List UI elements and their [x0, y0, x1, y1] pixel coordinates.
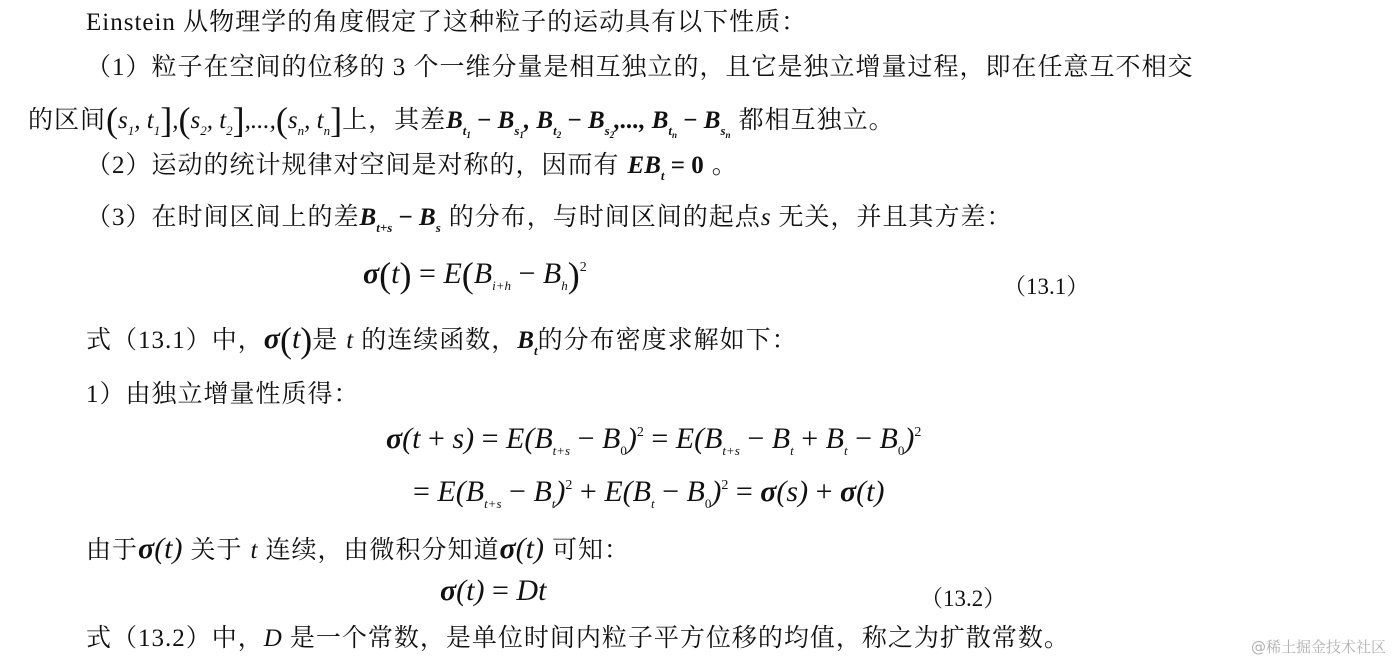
property-2-line: （2）运动的统计规律对空间是对称的，因而有EBt = 0。	[86, 153, 738, 182]
equation-13-1: σ(t) = E(Bi+h − Bh)2	[363, 257, 587, 293]
remark-1-bt: Bt	[517, 327, 537, 354]
property-1-prefix: 的区间	[28, 107, 106, 134]
continuity-line: 由于σ(t)关于t连续，由微积分知道σ(t)可知：	[86, 534, 630, 564]
remark-1-var: t	[346, 327, 353, 354]
continuity-sigma-2: σ(t)	[500, 532, 545, 565]
equation-13-2: σ(t) = Dt	[440, 576, 546, 606]
property-1-line-2: 的区间(s1, t1],(s2, t2],...,(sn, tn]上，其差Bt1…	[28, 102, 895, 140]
derivation-line-2: = E(Bt+s − Bt)2 + E(Bt − B0)2 = σ(s) + σ…	[413, 477, 885, 510]
continuity-mid2: 连续，由微积分知道	[265, 537, 499, 564]
intervals-math: (s1, t1],(s2, t2],...,(sn, tn]	[106, 107, 342, 134]
property-3-var: s	[761, 204, 771, 231]
property-3-mid: 的分布，与时间区间的起点	[449, 204, 761, 231]
remark-1-line: 式（13.1）中，σ(t)是t的连续函数，Bt的分布密度求解如下：	[86, 322, 798, 358]
continuity-var: t	[251, 537, 258, 564]
continuity-mid1: 关于	[191, 537, 243, 564]
remark-1-suffix: 的分布密度求解如下：	[538, 327, 798, 354]
equation-13-1-formula: σ(t) = E(Bi+h − Bh)2	[363, 257, 587, 290]
property-1-suffix: 都相互独立。	[739, 107, 895, 134]
property-3-suffix: 无关，并且其方差：	[779, 204, 1013, 231]
property-1-line-1: （1）粒子在空间的位移的 3 个一维分量是相互独立的，且它是独立增量过程，即在任…	[86, 55, 1194, 80]
property-3-prefix: （3）在时间区间上的差	[86, 204, 360, 231]
intro-text-content: Einstein 从物理学的角度假定了这种粒子的运动具有以下性质：	[86, 9, 807, 36]
derivation-line-1: σ(t + s) = E(Bt+s − B0)2 = E(Bt+s − Bt +…	[386, 424, 921, 457]
derivation-line-2-formula: = E(Bt+s − Bt)2 + E(Bt − B0)2 = σ(s) + σ…	[413, 475, 885, 508]
equation-13-1-number: （13.1）	[1003, 268, 1089, 301]
remark-1-mid2: 的连续函数，	[361, 327, 517, 354]
step-1-line: 1）由独立增量性质得：	[86, 382, 360, 407]
continuity-prefix: 由于	[86, 537, 138, 564]
property-1-mid: 上，其差	[342, 107, 446, 134]
step-1-text: 1）由独立增量性质得：	[86, 381, 360, 408]
equation-13-2-formula: σ(t) = Dt	[440, 574, 546, 607]
property-3-math: Bt+s − Bs	[360, 204, 441, 231]
remark-1-sigma: σ(t)	[264, 322, 313, 355]
remark-2-line: 式（13.2）中，D是一个常数，是单位时间内粒子平方位移的均值，称之为扩散常数。	[86, 626, 1070, 651]
watermark: @稀土掘金技术社区	[1251, 636, 1386, 657]
remark-2-prefix: 式（13.2）中，	[86, 625, 264, 652]
remark-2-var: D	[264, 625, 282, 652]
remark-1-mid1: 是	[312, 327, 338, 354]
property-2-prefix: （2）运动的统计规律对空间是对称的，因而有	[86, 152, 620, 179]
remark-1-prefix: 式（13.1）中，	[86, 327, 264, 354]
property-2-math: EBt = 0	[628, 152, 704, 179]
differences-math: Bt1 − Bs1, Bt2 − Bs2,..., Btn − Bsn	[446, 107, 730, 134]
continuity-sigma-1: σ(t)	[138, 532, 183, 565]
continuity-suffix: 可知：	[552, 537, 630, 564]
property-3-line: （3）在时间区间上的差Bt+s − Bs的分布，与时间区间的起点s无关，并且其方…	[86, 205, 1013, 234]
equation-13-2-number: （13.2）	[920, 580, 1006, 613]
intro-text: Einstein 从物理学的角度假定了这种粒子的运动具有以下性质：	[86, 10, 807, 35]
property-2-suffix: 。	[712, 152, 738, 179]
property-1-text: （1）粒子在空间的位移的 3 个一维分量是相互独立的，且它是独立增量过程，即在任…	[86, 54, 1194, 81]
derivation-line-1-formula: σ(t + s) = E(Bt+s − B0)2 = E(Bt+s − Bt +…	[386, 422, 921, 455]
remark-2-suffix: 是一个常数，是单位时间内粒子平方位移的均值，称之为扩散常数。	[290, 625, 1070, 652]
